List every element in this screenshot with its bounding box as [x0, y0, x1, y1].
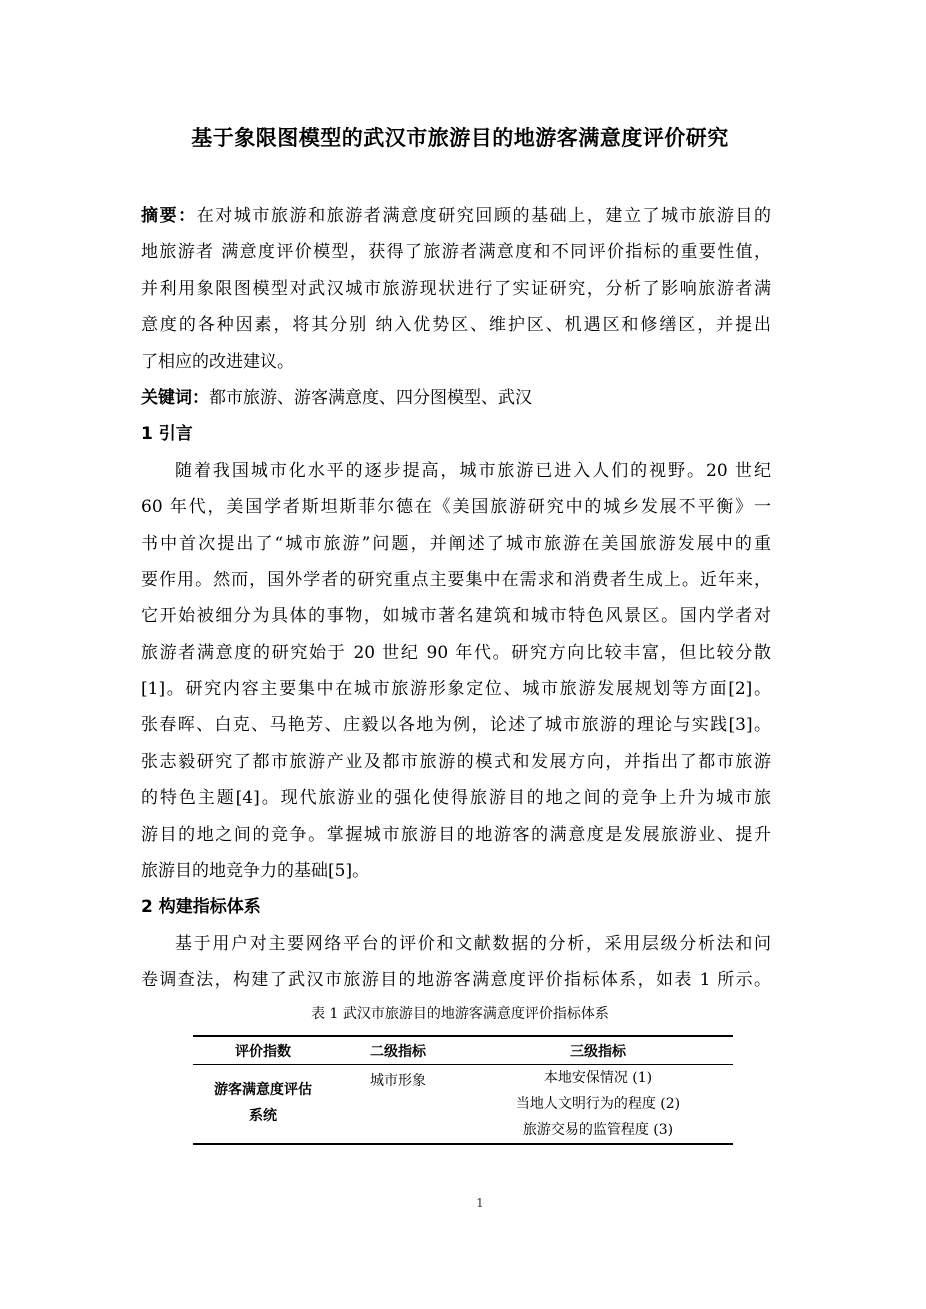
paragraph-line: 张志毅研究了都市旅游产业及都市旅游的模式和发展方向，并指出了都市旅游 [141, 744, 771, 780]
page-number: 1 [440, 1196, 520, 1210]
paragraph-line: 的特色主题[4]。现代旅游业的强化使得旅游目的地之间的竞争上升为城市旅 [141, 780, 771, 816]
abstract-label: 摘要： [141, 206, 197, 226]
table-header-row: 评价指数 二级指标 三级指标 [193, 1036, 733, 1065]
paragraph-line: 游目的地之间的竞争。掌握城市旅游目的地游客的满意度是发展旅游业、提升 [141, 817, 771, 853]
paragraph-line: 基于用户对主要网络平台的评价和文献数据的分析，采用层级分析法和问 [141, 926, 771, 962]
paragraph-line: 随着我国城市化水平的逐步提高，城市旅游已进入人们的视野。20 世纪 [141, 453, 771, 489]
level1-cell: 游客满意度评估 系统 [193, 1065, 333, 1145]
paragraph-line: 书中首次提出了“城市旅游”问题，并阐述了城市旅游在美国旅游发展中的重 [141, 526, 771, 562]
table-header-cell: 三级指标 [463, 1036, 733, 1065]
table-caption: 表 1 武汉市旅游目的地游客满意度评价指标体系 [140, 1003, 780, 1023]
paragraph-line: 旅游目的地竞争力的基础[5]。 [141, 853, 771, 889]
level2-cell: 城市形象 [333, 1065, 463, 1145]
paragraph-line: 60 年代，美国学者斯坦斯菲尔德在《美国旅游研究中的城乡发展不平衡》一 [141, 489, 771, 525]
paragraph-line: 卷调查法，构建了武汉市旅游目的地游客满意度评价指标体系，如表 1 所示。 [141, 962, 771, 998]
keywords-label: 关键词： [141, 388, 209, 408]
paragraph-line: 张春晖、白克、马艳芳、庄毅以各地为例，论述了城市旅游的理论与实践[3]。 [141, 707, 771, 743]
indicator-table: 评价指数 二级指标 三级指标 游客满意度评估 系统 城市形象 本地安保情况 (1… [193, 1035, 733, 1145]
document-page: 基于象限图模型的武汉市旅游目的地游客满意度评价研究 摘要：在对城市旅游和旅游者满… [0, 0, 926, 1309]
abstract-block: 摘要：在对城市旅游和旅游者满意度研究回顾的基础上，建立了城市旅游目的 地旅游者 … [141, 198, 771, 999]
paragraph-line: 旅游者满意度的研究始于 20 世纪 90 年代。研究方向比较丰富，但比较分散 [141, 635, 771, 671]
paper-title: 基于象限图模型的武汉市旅游目的地游客满意度评价研究 [140, 122, 780, 152]
paragraph-line: 要作用。然而，国外学者的研究重点主要集中在需求和消费者生成上。近年来， [141, 562, 771, 598]
level3-item: 本地安保情况 (1) [463, 1065, 733, 1091]
table-row: 游客满意度评估 系统 城市形象 本地安保情况 (1) 当地人文明行为的程度 (2… [193, 1065, 733, 1145]
level3-cell: 本地安保情况 (1) 当地人文明行为的程度 (2) 旅游交易的监管程度 (3) [463, 1065, 733, 1145]
level3-item: 当地人文明行为的程度 (2) [463, 1091, 733, 1117]
section-heading-indicators: 2 构建指标体系 [141, 889, 771, 925]
table-header-cell: 评价指数 [193, 1036, 333, 1065]
keywords-line: 关键词：都市旅游、游客满意度、四分图模型、武汉 [141, 380, 771, 416]
abstract-line: 摘要：在对城市旅游和旅游者满意度研究回顾的基础上，建立了城市旅游目的 [141, 198, 771, 234]
keywords-text: 都市旅游、游客满意度、四分图模型、武汉 [209, 388, 532, 408]
abstract-line: 意度的各种因素，将其分别 纳入优势区、维护区、机遇区和修缮区，并提出 [141, 307, 771, 343]
table-header-cell: 二级指标 [333, 1036, 463, 1065]
abstract-line: 并利用象限图模型对武汉城市旅游现状进行了实证研究，分析了影响旅游者满 [141, 271, 771, 307]
section-heading-intro: 1 引言 [141, 416, 771, 452]
level3-item: 旅游交易的监管程度 (3) [463, 1117, 733, 1143]
paragraph-line: [1]。研究内容主要集中在城市旅游形象定位、城市旅游发展规划等方面[2]。 [141, 671, 771, 707]
abstract-line: 了相应的改进建议。 [141, 344, 771, 380]
abstract-line: 地旅游者 满意度评价模型，获得了旅游者满意度和不同评价指标的重要性值， [141, 234, 771, 270]
paragraph-line: 它开始被细分为具体的事物，如城市著名建筑和城市特色风景区。国内学者对 [141, 598, 771, 634]
